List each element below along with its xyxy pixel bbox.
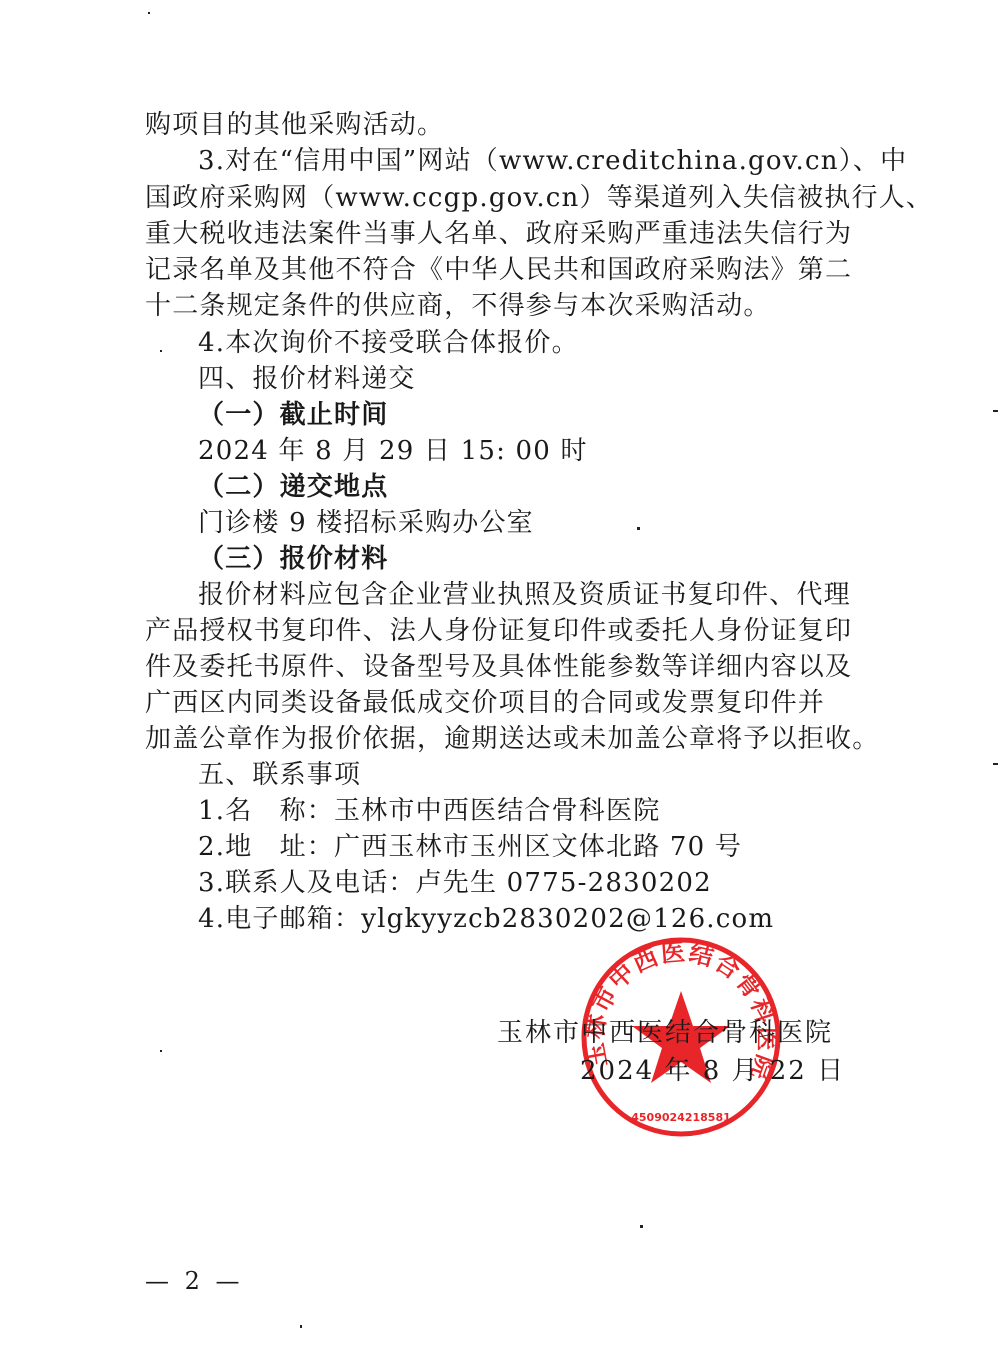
contact-name: 1.名 称：玉林市中西医结合骨科医院 [198,796,660,826]
subsection-heading: （二）递交地点 [198,472,388,502]
paragraph-line: 记录名单及其他不符合《中华人民共和国政府采购法》第二 [145,255,852,285]
scan-dot [160,350,162,352]
paragraph-line: 国政府采购网（www.ccgp.gov.cn）等渠道列入失信被执行人、 [145,183,933,213]
location-text: 门诊楼 9 楼招标采购办公室 [198,508,534,538]
signature-org: 玉林市中西医结合骨科医院 [497,1012,833,1049]
scan-dash [993,763,998,765]
page-number: — 2 — [145,1267,244,1295]
scan-dot [637,527,640,530]
scan-dash [993,410,998,412]
paragraph-line: 报价材料应包含企业营业执照及资质证书复印件、代理 [198,580,851,610]
subsection-heading: （一）截止时间 [198,400,388,430]
scan-dot [148,12,150,14]
contact-address: 2.地 址：广西玉林市玉州区文体北路 70 号 [198,832,742,862]
scan-dot [640,1225,643,1228]
deadline-text: 2024 年 8 月 29 日 15: 00 时 [198,436,588,466]
contact-phone: 3.联系人及电话：卢先生 0775-2830202 [198,868,712,898]
section-heading: 四、报价材料递交 [198,364,416,394]
subsection-heading: （三）报价材料 [198,544,388,574]
paragraph-line: 件及委托书原件、设备型号及具体性能参数等详细内容以及 [145,652,852,682]
paragraph-line: 加盖公章作为报价依据，逾期送达或未加盖公章将予以拒收。 [145,724,879,754]
svg-text:4509024218581: 4509024218581 [631,1111,731,1124]
signature-date: 2024 年 8 月 22 日 [580,1050,845,1087]
paragraph-line: 3.对在“信用中国”网站（www.creditchina.gov.cn）、中 [198,146,907,176]
paragraph-line: 购项目的其他采购活动。 [145,110,444,140]
paragraph-line: 产品授权书复印件、法人身份证复印件或委托人身份证复印 [145,616,852,646]
paragraph-line: 十二条规定条件的供应商，不得参与本次采购活动。 [145,291,771,321]
scan-dot [160,1050,162,1052]
scan-dot [300,1325,302,1328]
contact-email: 4.电子邮箱：ylgkyyzcb2830202@126.com [198,904,774,934]
paragraph-line: 重大税收违法案件当事人名单、政府采购严重违法失信行为 [145,219,852,249]
section-heading: 五、联系事项 [198,760,361,790]
paragraph-line: 4.本次询价不接受联合体报价。 [198,328,579,358]
paragraph-line: 广西区内同类设备最低成交价项目的合同或发票复印件并 [145,688,825,718]
